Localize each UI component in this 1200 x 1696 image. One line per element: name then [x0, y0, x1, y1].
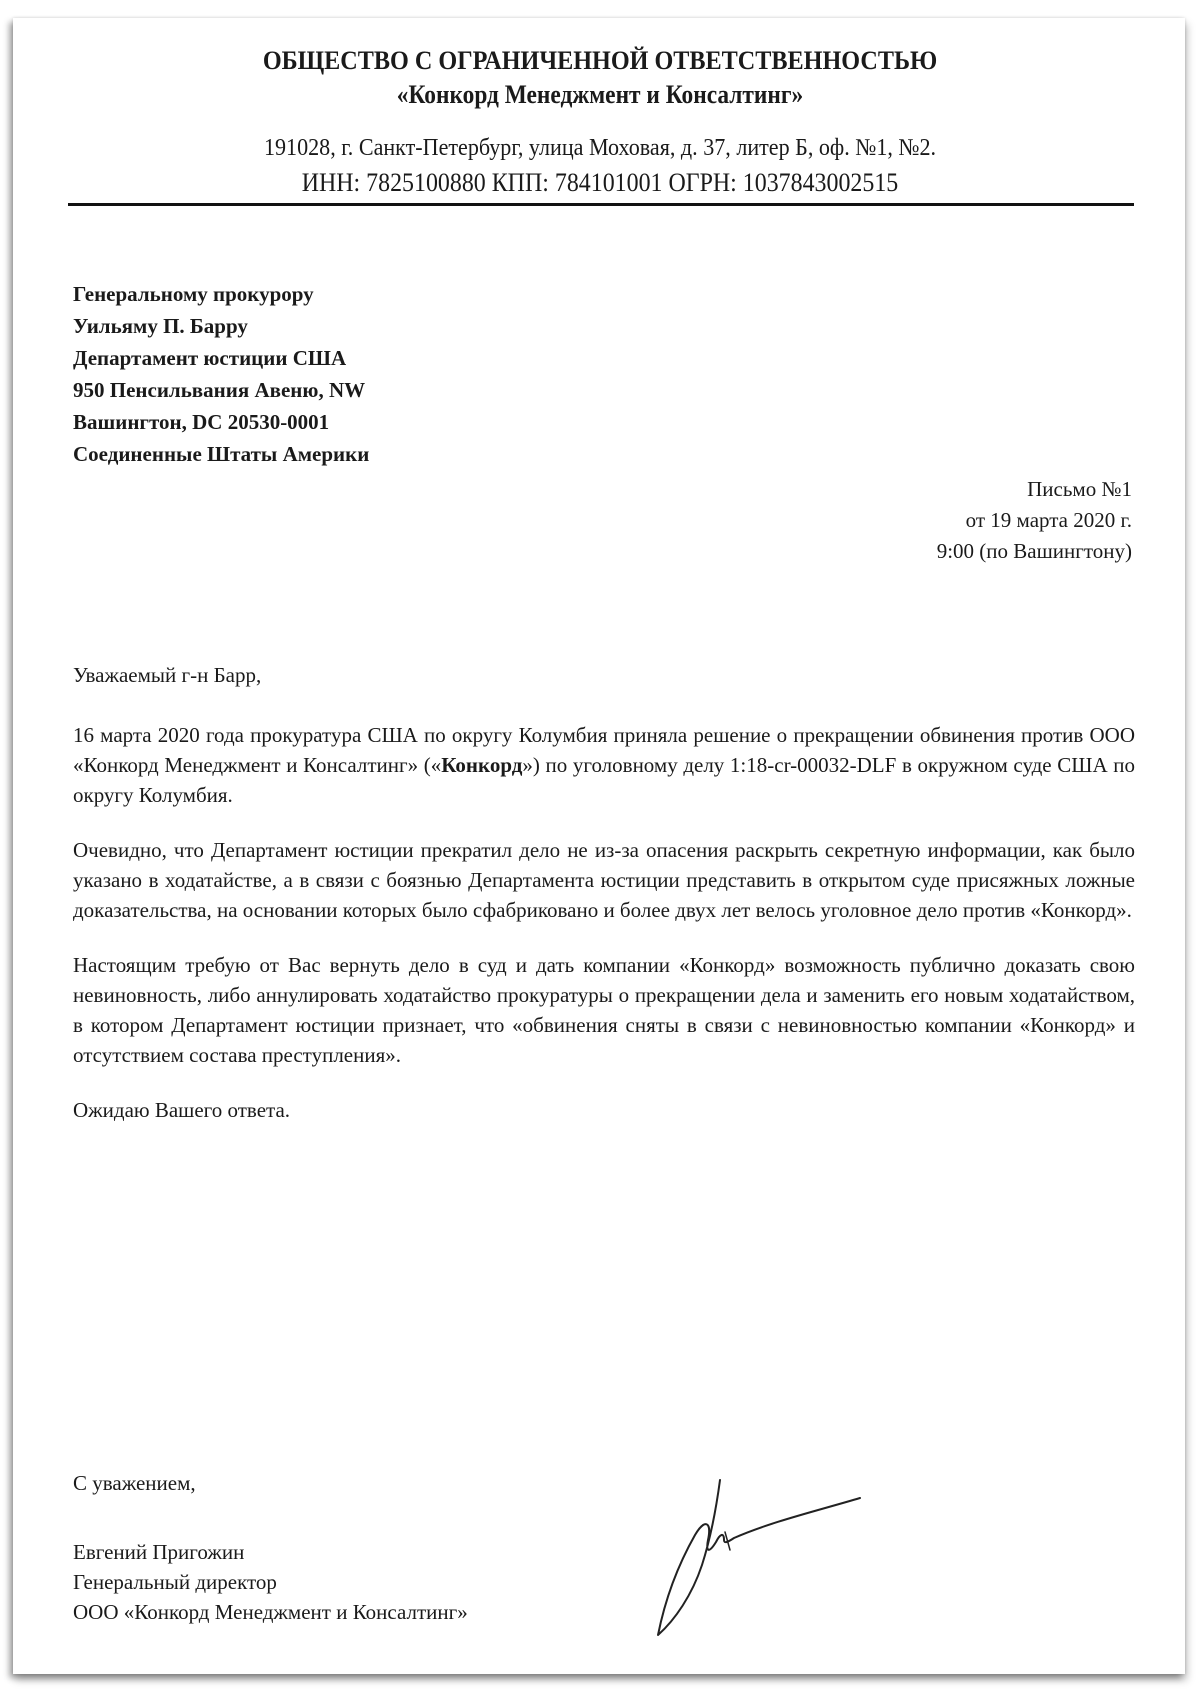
letterhead-address: 191028, г. Санкт-Петербург, улица Мохова… [48, 135, 1152, 162]
recipient-block: Генеральному прокурору Уильяму П. Барру … [73, 278, 369, 470]
letter-reference: Письмо №1 от 19 марта 2020 г. 9:00 (по В… [937, 474, 1132, 567]
letterhead-registration-ids: ИНН: 7825100880 КПП: 784101001 ОГРН: 103… [48, 168, 1152, 198]
letter-body: Уважаемый г-н Барр, 16 марта 2020 года п… [73, 660, 1135, 1150]
letterhead-divider [68, 203, 1134, 206]
signer-title: Генеральный директор [73, 1567, 468, 1597]
recipient-line: Генеральному прокурору [73, 278, 369, 310]
letterhead-title: ОБЩЕСТВО С ОГРАНИЧЕННОЙ ОТВЕТСТВЕННОСТЬЮ [42, 46, 1158, 76]
paragraph-4: Ожидаю Вашего ответа. [73, 1095, 1135, 1125]
letter-number: Письмо №1 [937, 474, 1132, 505]
letterhead-company-name: «Конкорд Менеджмент и Консалтинг» [60, 80, 1140, 110]
paragraph-3: Настоящим требую от Вас вернуть дело в с… [73, 950, 1135, 1070]
paragraph-2: Очевидно, что Департамент юстиции прекра… [73, 835, 1135, 925]
paragraph-1: 16 марта 2020 года прокуратура США по ок… [73, 720, 1135, 810]
closing-salutation: С уважением, [73, 1468, 196, 1498]
recipient-line: Соединенные Штаты Америки [73, 438, 369, 470]
greeting: Уважаемый г-н Барр, [73, 660, 1135, 690]
recipient-line: 950 Пенсильвания Авеню, NW [73, 374, 369, 406]
signer-company: ООО «Конкорд Менеджмент и Консалтинг» [73, 1597, 468, 1627]
paragraph-1-bold-term: Конкорд [441, 753, 522, 777]
recipient-line: Уильяму П. Барру [73, 310, 369, 342]
handwritten-signature-icon [630, 1470, 930, 1640]
recipient-line: Департамент юстиции США [73, 342, 369, 374]
letter-time: 9:00 (по Вашингтону) [937, 536, 1132, 567]
recipient-line: Вашингтон, DC 20530-0001 [73, 406, 369, 438]
signer-name: Евгений Пригожин [73, 1537, 468, 1567]
signature-block: Евгений Пригожин Генеральный директор ОО… [73, 1537, 468, 1627]
letter-date: от 19 марта 2020 г. [937, 505, 1132, 536]
